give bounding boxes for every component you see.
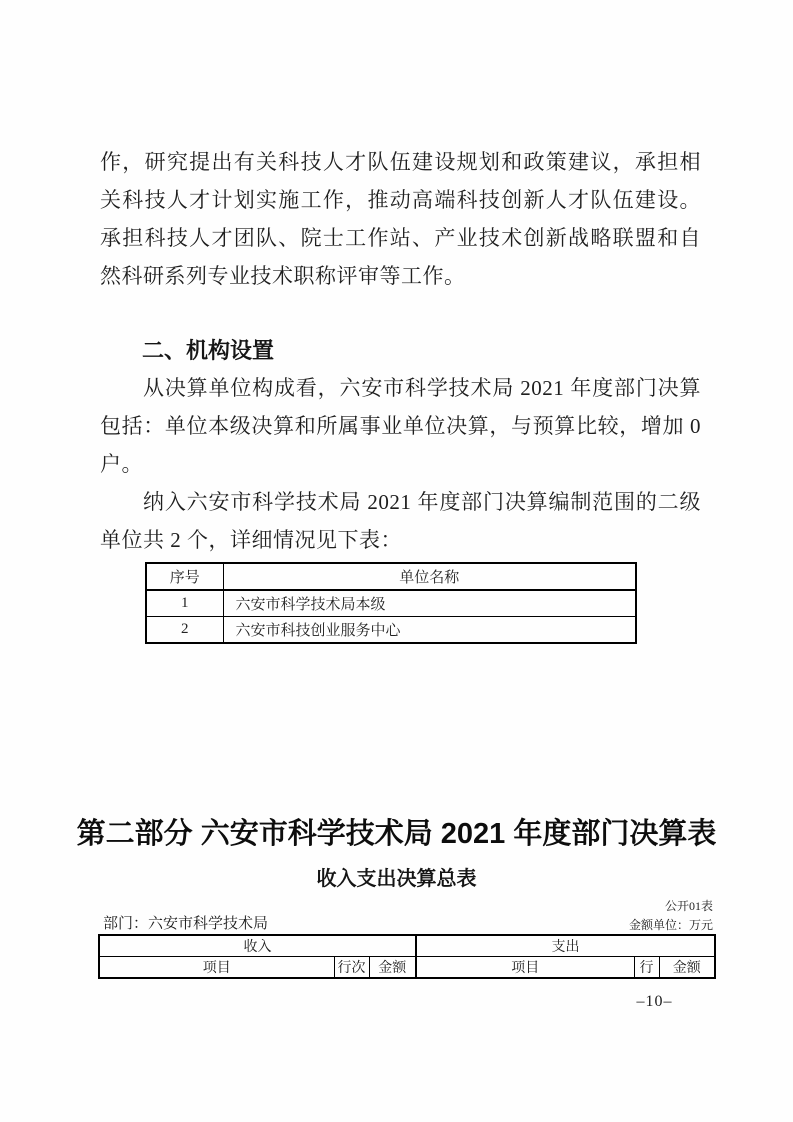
section-heading-organization: 二、机构设置	[142, 334, 274, 368]
expense-line-no-header: 行	[634, 957, 659, 979]
continuation-paragraph: 作，研究提出有关科技人才队伍建设规划和政策建议，承担相关科技人才计划实施工作，推…	[100, 143, 701, 295]
table-row: 1 六安市科学技术局本级	[146, 590, 636, 617]
income-group-header: 收入	[99, 935, 416, 957]
unit-row-2-name: 六安市科技创业服务中心	[223, 617, 636, 644]
units-table: 序号 单位名称 1 六安市科学技术局本级 2 六安市科技创业服务中心	[145, 562, 637, 644]
unit-row-2-no: 2	[146, 617, 223, 644]
expense-item-header: 项目	[416, 957, 634, 979]
unit-row-1-name: 六安市科学技术局本级	[223, 590, 636, 617]
units-table-header-no: 序号	[146, 563, 223, 590]
part-title: 第二部分 六安市科学技术局 2021 年度部门决算表	[0, 816, 793, 852]
unit-row-1-no: 1	[146, 590, 223, 617]
budget-table-group-header-row: 收入 支出	[99, 935, 715, 957]
paragraph-unit-scope: 纳入六安市科学技术局 2021 年度部门决算编制范围的二级单位共 2 个，详细情…	[100, 483, 701, 559]
income-item-header: 项目	[99, 957, 334, 979]
budget-table-column-header-row: 项目 行次 金额 项目 行 金额	[99, 957, 715, 979]
paragraph-unit-composition: 从决算单位构成看，六安市科学技术局 2021 年度部门决算包括：单位本级决算和所…	[100, 369, 701, 483]
document-page: 作，研究提出有关科技人才队伍建设规划和政策建议，承担相关科技人才计划实施工作，推…	[0, 0, 793, 1122]
units-table-header-name: 单位名称	[223, 563, 636, 590]
page-number-value: –10–	[637, 993, 673, 1010]
department-label: 部门：六安市科学技术局	[103, 912, 268, 933]
expense-amount-header: 金额	[659, 957, 715, 979]
expense-group-header: 支出	[416, 935, 715, 957]
income-line-no-header: 行次	[334, 957, 369, 979]
income-amount-header: 金额	[369, 957, 416, 979]
table-row: 2 六安市科技创业服务中心	[146, 617, 636, 644]
budget-summary-table: 收入 支出 项目 行次 金额 项目 行 金额	[98, 934, 716, 979]
amount-unit-label: 金额单位：万元	[629, 916, 713, 933]
page-number: –10–	[0, 993, 793, 1011]
statement-title: 收入支出决算总表	[0, 866, 793, 892]
units-table-header-row: 序号 单位名称	[146, 563, 636, 590]
table-meta-row: 部门：六安市科学技术局 金额单位：万元	[103, 911, 713, 933]
